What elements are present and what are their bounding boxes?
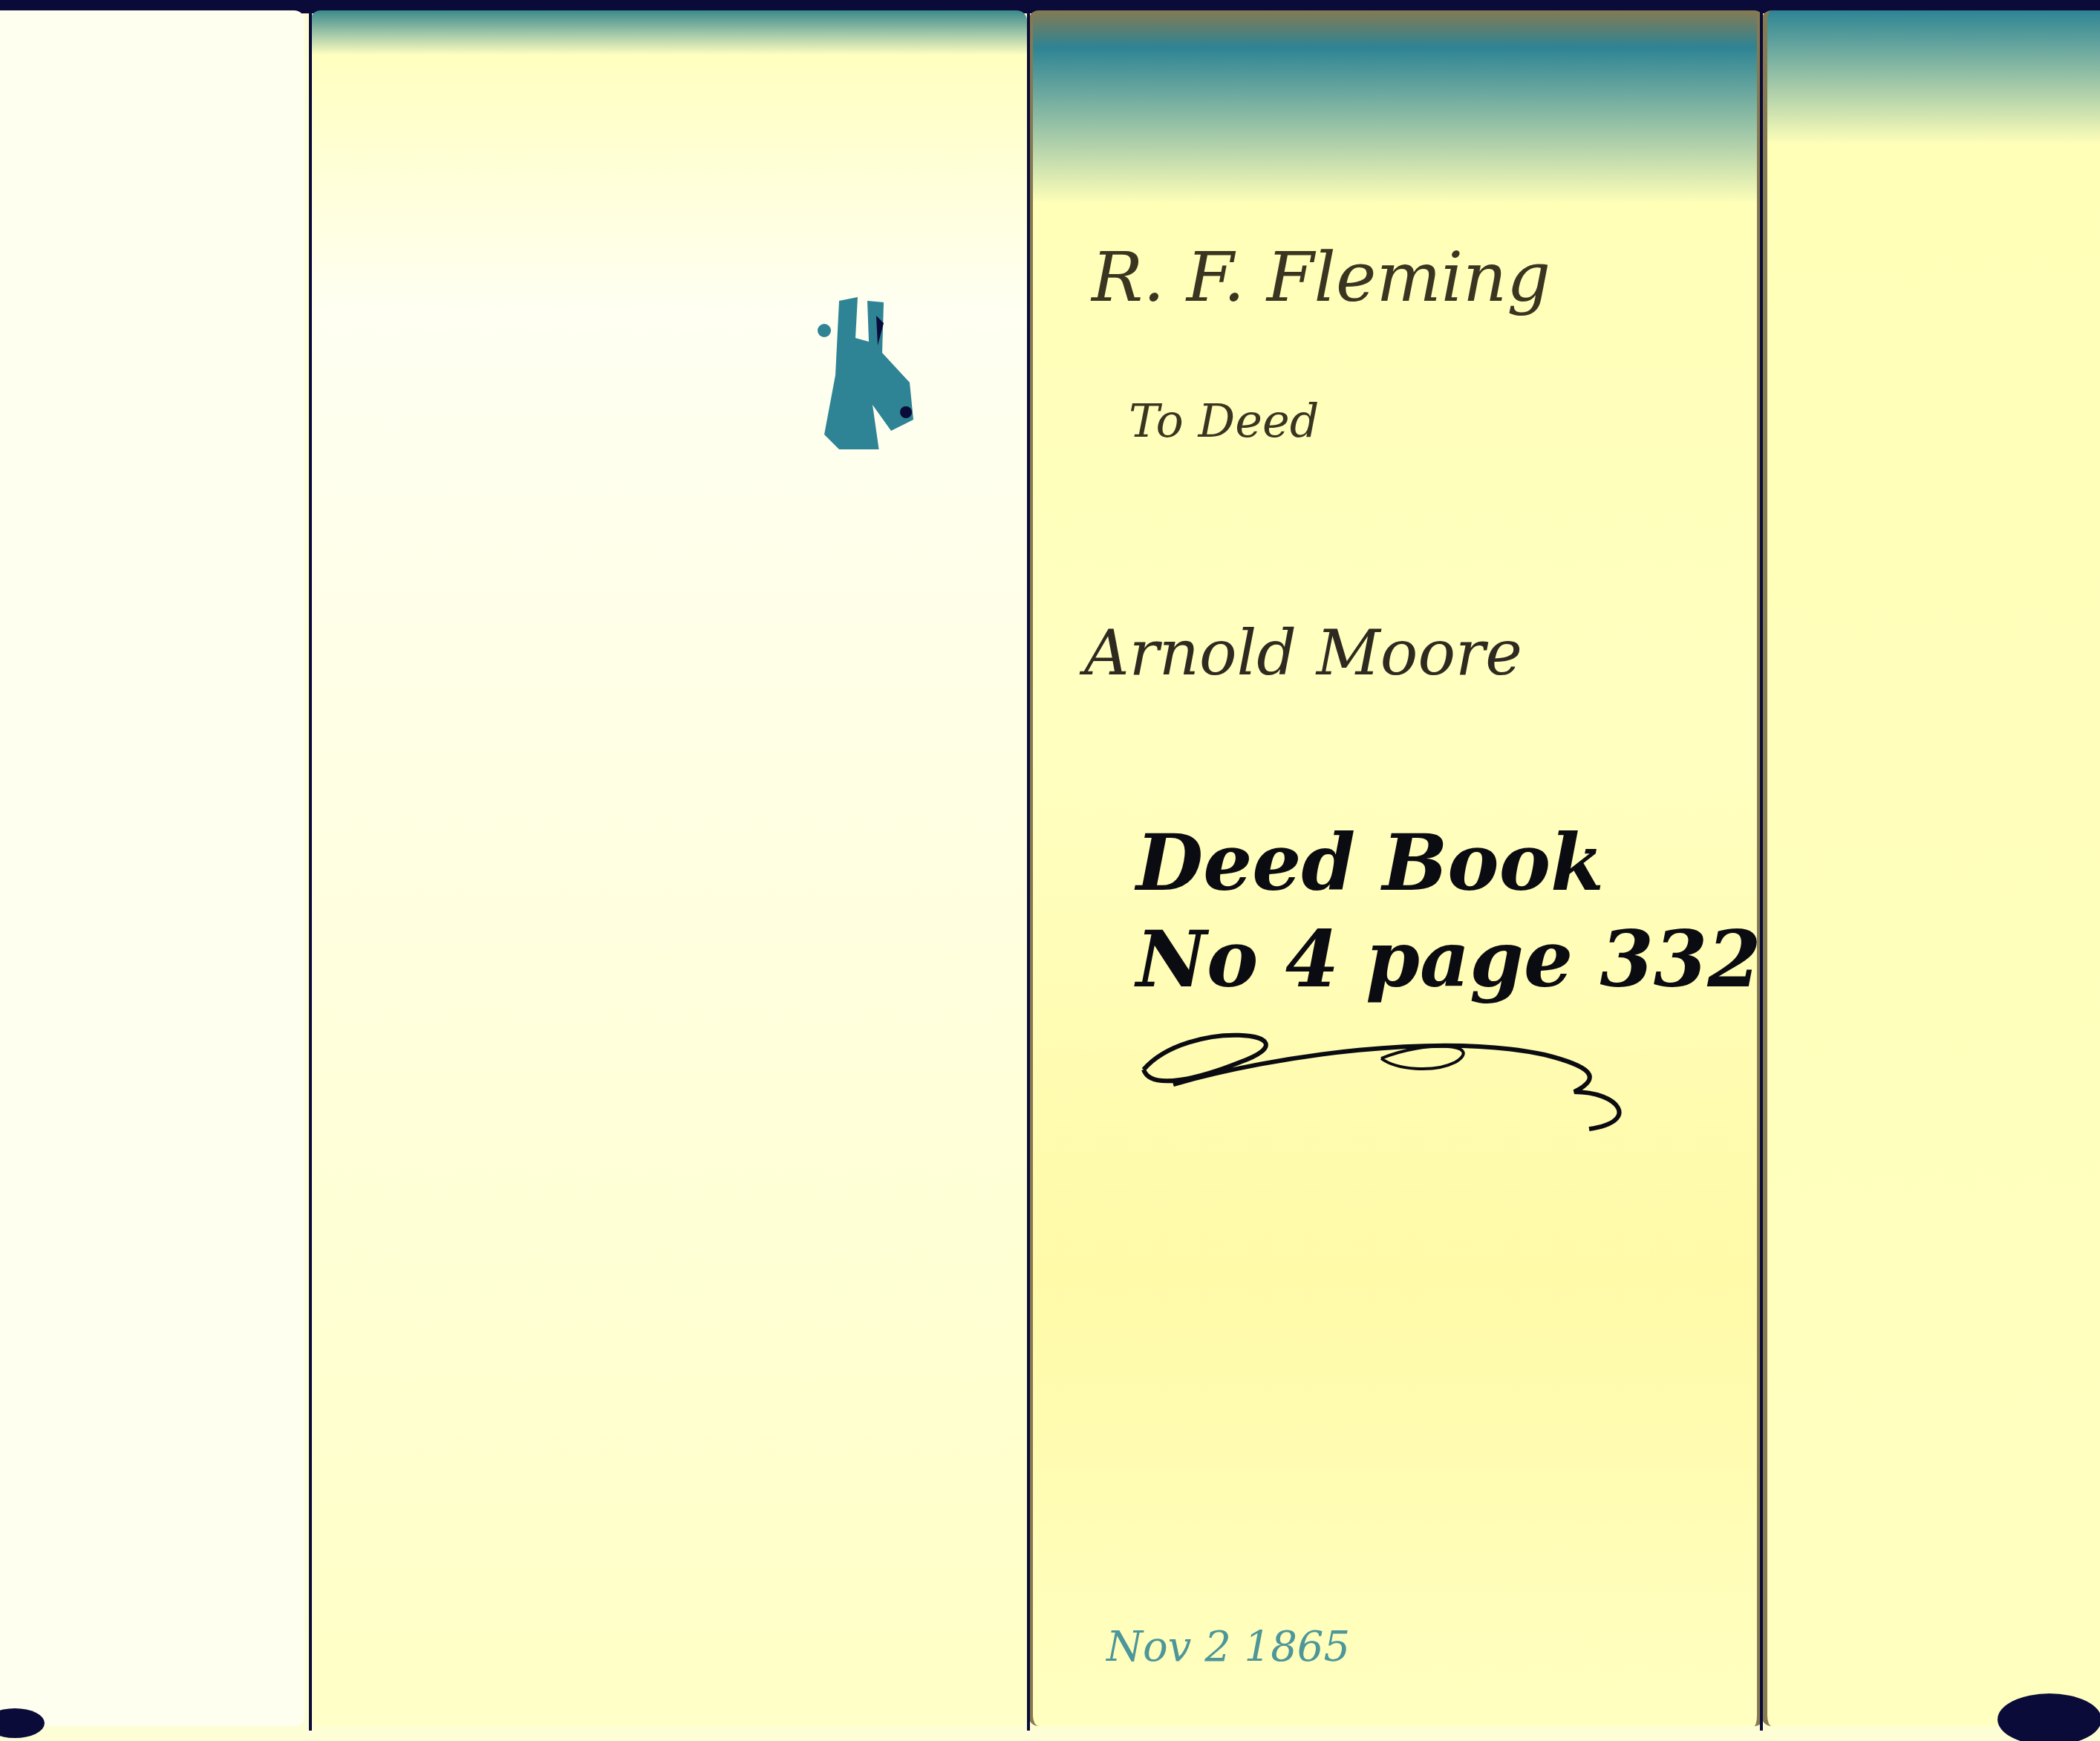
fold-line — [1760, 7, 1763, 1731]
deed-connector: To Deed — [1129, 394, 1319, 448]
panel-left-fold — [0, 10, 304, 1726]
recording-book: Deed Book — [1136, 817, 1604, 908]
grantee-name: Arnold Moore — [1084, 616, 1522, 689]
fold-line — [1027, 7, 1030, 1731]
fold-line — [309, 7, 312, 1731]
grantor-name: R. F. Fleming — [1092, 238, 1550, 317]
flourish-icon — [1129, 1010, 1663, 1136]
panel-blank-fold — [310, 10, 1027, 1726]
corner-shadow — [1998, 1693, 2100, 1741]
panel-right-fold — [1761, 10, 2100, 1726]
ink-blot-icon — [809, 286, 921, 449]
recording-page: No 4 page 332 — [1136, 914, 1761, 1005]
faint-date-note: Nov 2 1865 — [1106, 1623, 1350, 1671]
